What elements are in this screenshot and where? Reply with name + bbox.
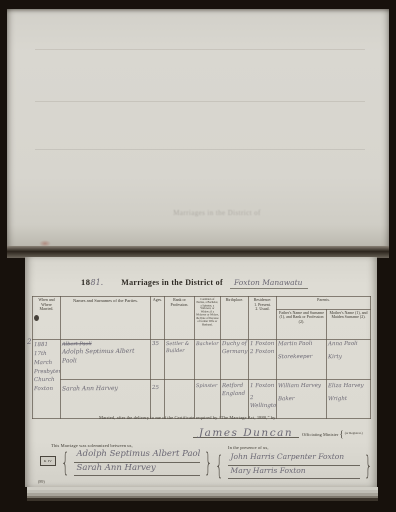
bride-mother-name: Eliza Harvey: [328, 383, 369, 391]
showthrough-rule-3: [35, 149, 365, 150]
header-residence: Residence: 1. Present. 2. Usual.: [249, 297, 277, 340]
sheet-edges: [27, 487, 378, 501]
cell-groom-rank: Settler & Builder: [165, 340, 195, 380]
groom-signature: Adolph Septimus Albert Paoli: [74, 449, 200, 463]
cell-bride-mother: Eliza Harvey Wright: [327, 380, 371, 419]
bride-birthplace-2: England: [222, 391, 247, 399]
minister-role: Officiating Minister { (or Registrar.): [302, 429, 363, 439]
district-name: Foxton Manawatu: [230, 278, 308, 289]
when-line-1: 1881: [34, 341, 59, 350]
header-names: Names and Surnames of the Parties.: [61, 297, 151, 340]
cell-bride-condition: Spinster: [195, 380, 221, 419]
header-rank: Rank or Profession.: [165, 297, 195, 340]
bride-signature: Sarah Ann Harvey: [74, 463, 200, 477]
bride-residence-2: 2 Wellington: [250, 395, 275, 411]
open-brace-icon: {: [215, 453, 223, 479]
groom-father-rank: Storekeeper: [278, 354, 325, 362]
showthrough-title: Marriages in the District of: [117, 209, 317, 217]
cell-groom-name: Albert Paoli Adolph Septimus Albert Paol…: [61, 340, 151, 380]
showthrough-rule-1: [35, 49, 365, 50]
header-birthplace: Birthplace.: [221, 297, 249, 340]
header-father: Father's Name and Surname (1), and Rank …: [277, 309, 327, 340]
header-ages: Ages.: [151, 297, 165, 340]
bride-father-name: William Harvey: [278, 383, 325, 391]
minister-signature: James Duncan: [199, 427, 293, 439]
cell-bride-father: William Harvey Baker: [277, 380, 327, 419]
bride-residence-1: 1 Foxton: [250, 383, 275, 391]
bride-row: Sarah Ann Harvey 25 Spinster Retford Eng…: [33, 380, 371, 419]
header-condition: Condition of Parties, a Bachelor, a Spin…: [195, 297, 221, 340]
bride-father-rank: Baker: [278, 396, 325, 404]
open-brace-icon: {: [61, 450, 69, 476]
groom-row: 1881 17th March Presbyterian Church Foxt…: [33, 340, 371, 380]
presence-label: In the presence of us,: [228, 445, 269, 450]
bride-name: Sarah Ann Harvey: [62, 385, 149, 395]
form-number: (89): [38, 479, 45, 484]
witness-signature-2: Mary Harris Foxton: [228, 466, 360, 480]
close-brace-icon: }: [364, 453, 372, 479]
year-written: 81.: [91, 278, 104, 287]
groom-father-name: Martin Paoli: [278, 341, 325, 349]
top-page: Marriages in the District of: [7, 9, 389, 249]
cell-bride-rank: [165, 380, 195, 419]
witness-signature-column: John Harris Carpenter Foxton Mary Harris…: [228, 452, 360, 479]
groom-name: Adolph Septimus Albert Paoli: [62, 348, 149, 366]
witness-signatures: { John Harris Carpenter Foxton Mary Harr…: [211, 452, 377, 479]
register-table: When and Where Married. Names and Surnam…: [32, 296, 371, 419]
brace-icon: {: [339, 429, 343, 439]
minister-role-sub: (or Registrar.): [345, 432, 363, 436]
cell-bride-age: 25: [151, 380, 165, 419]
cell-groom-residence: 1 Foxton 2 Foxton: [249, 340, 277, 380]
archive-stamp: K IV: [40, 456, 56, 466]
groom-mother-name: Anna Paoli: [328, 341, 369, 349]
cell-bride-birthplace: Retford England: [221, 380, 249, 419]
cell-groom-father: Martin Paoli Storekeeper: [277, 340, 327, 380]
residence-line-2: 2. Usual.: [255, 306, 269, 311]
page-title: Marriages in the District of: [121, 278, 223, 287]
entry-margin-number: 2: [27, 338, 31, 346]
register-page: 1881. Marriages in the District of Foxto…: [25, 257, 377, 487]
year-printed: 18: [81, 277, 91, 287]
minister-role-label: Officiating Minister: [302, 432, 338, 437]
minister-signature-line: James Duncan: [193, 423, 299, 438]
cell-bride-residence: 1 Foxton 2 Wellington: [249, 380, 277, 419]
photo-background: Marriages in the District of 1881. Marri…: [0, 0, 396, 512]
certification-text: Married, after the delivery to me of the…: [99, 415, 275, 420]
cell-groom-age: 35: [151, 340, 165, 380]
groom-residence-2: 2 Foxton: [250, 349, 275, 357]
bride-mother-maiden: Wright: [328, 396, 369, 404]
witness-signature-1: John Harris Carpenter Foxton: [228, 452, 360, 466]
header-parents-group: Parents.: [277, 297, 371, 310]
header-row-1: When and Where Married. Names and Surnam…: [33, 297, 371, 310]
cell-when-where: 1881 17th March Presbyterian Church Foxt…: [33, 340, 61, 419]
cell-groom-condition: Bachelor: [195, 340, 221, 380]
when-line-5: Foxton: [34, 385, 59, 394]
couple-signature-column: Adolph Septimus Albert Paoli Sarah Ann H…: [74, 449, 200, 476]
when-line-2: 17th March: [34, 350, 59, 368]
cell-bride-name: Sarah Ann Harvey: [61, 380, 151, 419]
cell-groom-birthplace: Duchy of Germany: [221, 340, 249, 380]
groom-mother-maiden: Kirty: [328, 354, 369, 362]
register-heading: 1881. Marriages in the District of Foxto…: [81, 272, 308, 290]
groom-birthplace-2: Germany: [222, 349, 247, 357]
couple-signatures: { Adolph Septimus Albert Paoli Sarah Ann…: [57, 449, 216, 476]
cell-groom-mother: Anna Paoli Kirty: [327, 340, 371, 380]
header-when: When and Where Married.: [33, 297, 61, 340]
header-mother: Mother's Name (1), and Maiden Surname (2…: [327, 309, 371, 340]
showthrough-rule-2: [35, 101, 365, 102]
